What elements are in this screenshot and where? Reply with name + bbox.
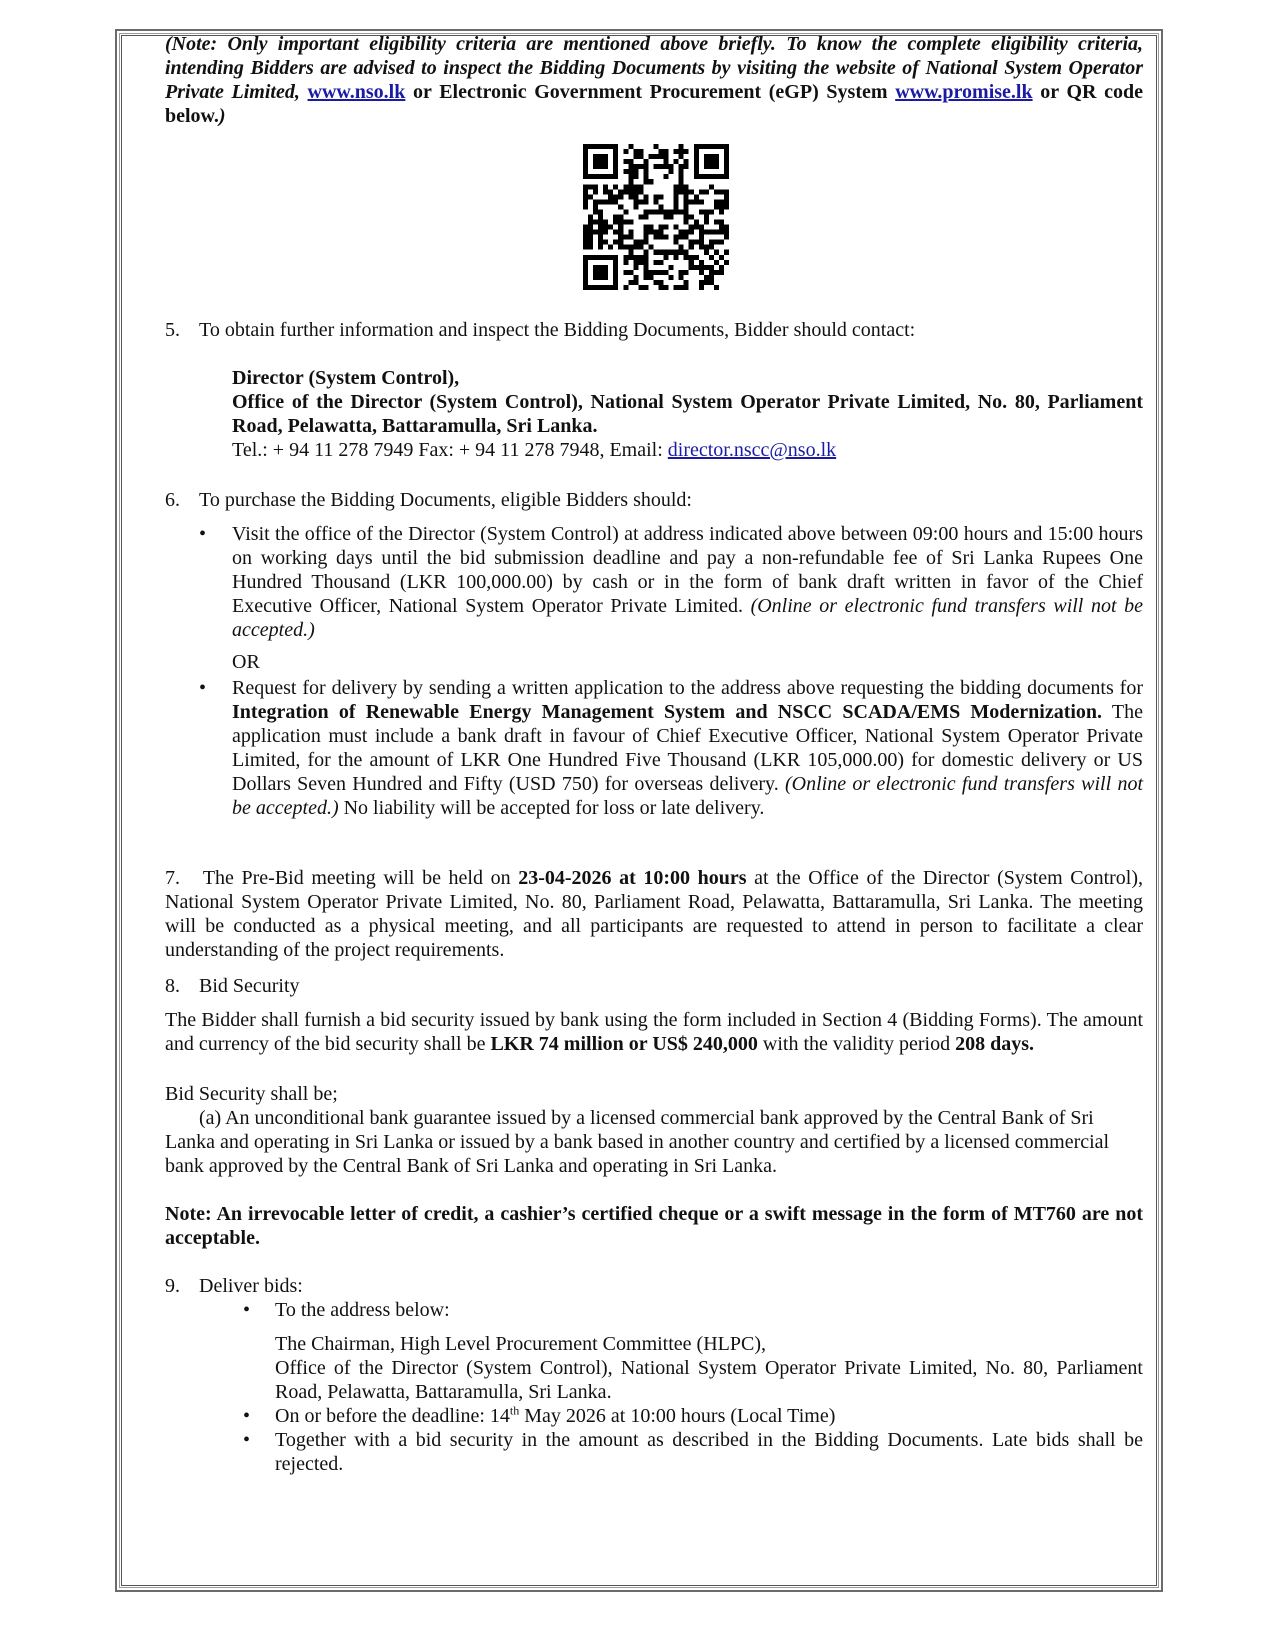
document-body: (Note: Only important eligibility criter… bbox=[165, 29, 1143, 1476]
eligibility-note: (Note: Only important eligibility criter… bbox=[165, 32, 1143, 128]
address-line: Office of the Director (System Control),… bbox=[275, 1356, 1143, 1404]
section-9: 9. Deliver bids: bbox=[165, 1274, 1143, 1298]
address-line: The Chairman, High Level Procurement Com… bbox=[275, 1332, 1143, 1356]
contact-block: Director (System Control), Office of the… bbox=[165, 366, 1143, 462]
section-text: The Pre-Bid meeting will be held on bbox=[203, 867, 518, 889]
or-separator: OR bbox=[165, 650, 1143, 674]
delivery-list-2: On or before the deadline: 14th May 2026… bbox=[165, 1404, 1143, 1476]
contact-line: Tel.: + 94 11 278 7949 Fax: + 94 11 278 … bbox=[232, 438, 1143, 462]
bid-security-note: Note: An irrevocable letter of credit, a… bbox=[165, 1202, 1143, 1250]
contact-phone: Tel.: + 94 11 278 7949 Fax: + 94 11 278 … bbox=[232, 439, 668, 461]
section-8: 8. Bid Security bbox=[165, 974, 1143, 998]
contact-email-link[interactable]: director.nscc@nso.lk bbox=[668, 439, 836, 461]
bullet-text-3: No liability will be accepted for loss o… bbox=[339, 797, 765, 819]
bid-security-paragraph: The Bidder shall furnish a bid security … bbox=[165, 1008, 1143, 1056]
list-item: Together with a bid security in the amou… bbox=[165, 1428, 1143, 1476]
list-item: Visit the office of the Director (System… bbox=[165, 522, 1143, 642]
section-number: 6. bbox=[165, 488, 199, 512]
project-name: Integration of Renewable Energy Manageme… bbox=[232, 701, 1102, 723]
note-text-2: or Electronic Government Procurement (eG… bbox=[405, 81, 895, 103]
contact-title: Director (System Control), bbox=[232, 366, 1143, 390]
section-text: To purchase the Bidding Documents, eligi… bbox=[199, 488, 1143, 512]
purchase-options-list: Visit the office of the Director (System… bbox=[165, 522, 1143, 642]
deadline-text-2: May 2026 at 10:00 hours (Local Time) bbox=[519, 1405, 835, 1427]
bid-security-amount: LKR 74 million or US$ 240,000 bbox=[490, 1033, 757, 1055]
note-close: ) bbox=[219, 105, 226, 127]
bullet-text: To the address below: bbox=[275, 1299, 450, 1321]
section-6: 6. To purchase the Bidding Documents, el… bbox=[165, 488, 1143, 512]
contact-address: Office of the Director (System Control),… bbox=[232, 390, 1143, 438]
delivery-list: To the address below: bbox=[165, 1298, 1143, 1322]
bullet-text: Request for delivery by sending a writte… bbox=[232, 677, 1143, 699]
promise-website-link[interactable]: www.promise.lk bbox=[895, 81, 1032, 103]
prebid-date: 23-04-2026 at 10:00 hours bbox=[518, 867, 746, 889]
section-title: Deliver bids: bbox=[199, 1274, 1143, 1298]
section-number: 5. bbox=[165, 318, 199, 342]
list-item: To the address below: bbox=[165, 1298, 1143, 1322]
section-title: Bid Security bbox=[199, 974, 1143, 998]
purchase-options-list-2: Request for delivery by sending a writte… bbox=[165, 676, 1143, 820]
nso-website-link[interactable]: www.nso.lk bbox=[308, 81, 406, 103]
delivery-address: The Chairman, High Level Procurement Com… bbox=[165, 1332, 1143, 1404]
qr-code-icon[interactable] bbox=[583, 144, 733, 294]
section-number: 8. bbox=[165, 974, 199, 998]
list-item: Request for delivery by sending a writte… bbox=[165, 676, 1143, 820]
section-number: 7. bbox=[165, 867, 180, 889]
validity-period: 208 days. bbox=[955, 1033, 1034, 1055]
ordinal-suffix: th bbox=[510, 1403, 519, 1417]
bullet-text: Together with a bid security in the amou… bbox=[275, 1429, 1143, 1475]
section-5: 5. To obtain further information and ins… bbox=[165, 318, 1143, 342]
para-text-2: with the validity period bbox=[758, 1033, 955, 1055]
deadline-text: On or before the deadline: 14 bbox=[275, 1405, 510, 1427]
section-text: To obtain further information and inspec… bbox=[199, 318, 1143, 342]
section-number: 9. bbox=[165, 1274, 199, 1298]
section-7: 7. The Pre-Bid meeting will be held on 2… bbox=[165, 866, 1143, 962]
bid-security-shall-be: Bid Security shall be; bbox=[165, 1082, 1143, 1106]
list-item: On or before the deadline: 14th May 2026… bbox=[165, 1404, 1143, 1428]
bid-security-option-a: (a) An unconditional bank guarantee issu… bbox=[165, 1106, 1143, 1178]
